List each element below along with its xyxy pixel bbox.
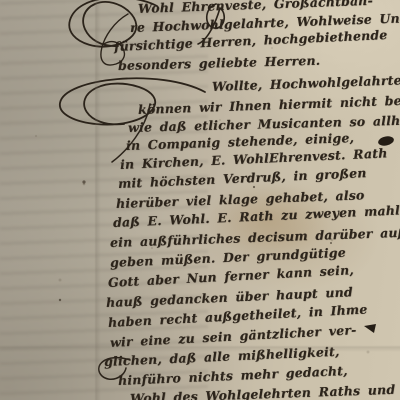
manuscript-line-4: besonders geliebte Herren. [118, 53, 321, 73]
manuscript-line-5: Wollte, Hochwohlgelahrte günstige Herren… [212, 68, 400, 94]
manuscript-page: Wohl Ehrenveste, Großachtbah-re Hochwohl… [0, 0, 400, 400]
manuscript-text-block: Wohl Ehrenveste, Großachtbah-re Hochwohl… [0, 0, 400, 400]
manuscript-line-13: ein außführliches decisum darüber auß- [110, 224, 400, 250]
